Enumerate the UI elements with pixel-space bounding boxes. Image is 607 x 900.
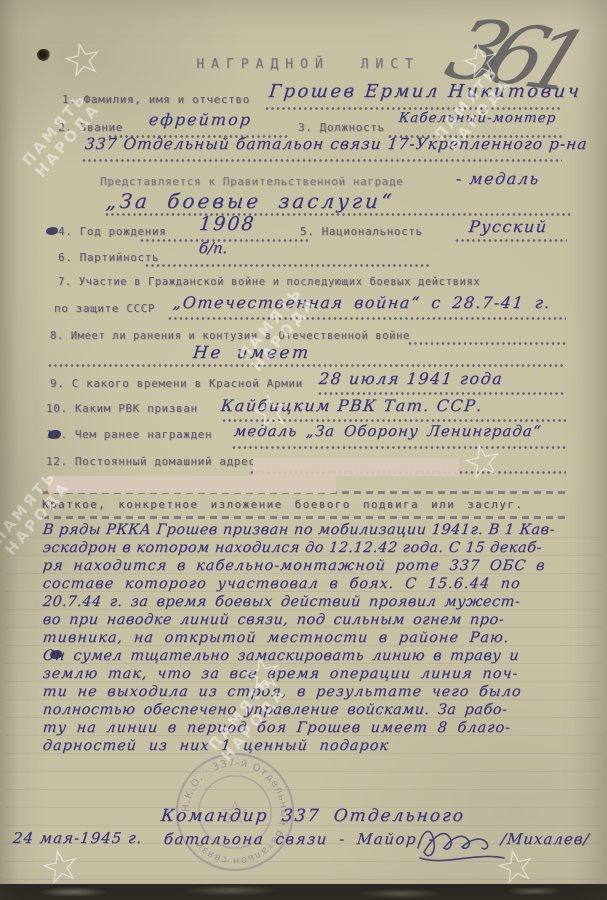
field-6-label: 6. Партийность	[58, 251, 159, 264]
description-header: Краткое, конкретное изложение боевого по…	[42, 498, 523, 511]
punch-hole	[37, 49, 50, 61]
description-line: составе которого участвовал в боях. С 15…	[42, 576, 522, 592]
unit-value: 337 Отдельный батальон связи 17-Укреплен…	[84, 135, 589, 153]
presented-label: Представляется к Правительственной награ…	[100, 175, 403, 188]
field-9-value: 28 июля 1941 года	[318, 369, 504, 388]
redaction-box	[253, 458, 459, 476]
presented-value: - медаль	[455, 169, 541, 188]
field-3-value: Кабельный-монтер	[398, 110, 557, 126]
dotted-line	[82, 158, 562, 163]
field-2-label: 2. Звание	[58, 121, 123, 134]
field-7-label-line1: 7. Участие в Гражданской войне и последу…	[58, 276, 480, 288]
ink-blot	[46, 227, 58, 235]
field-9-label: 9. С какого времени в Красной Армии	[50, 377, 303, 390]
dotted-line	[168, 316, 566, 321]
description-line: землю так, что за все время операции лин…	[42, 666, 519, 682]
description-line: во при наводке линий связи, под сильным …	[42, 612, 505, 628]
redaction-box	[48, 476, 336, 493]
field-5-label: 5. Национальность	[300, 225, 423, 238]
signature-date: 24 мая-1945 г.	[12, 829, 143, 847]
description-line: 20.7.44 г. за время боевых действий проя…	[42, 594, 521, 610]
description-line: ти не выходила из строя, в результате че…	[42, 684, 522, 700]
field-10-value: Кайбицким РВК Тат. ССР.	[220, 396, 484, 415]
field-3-label: 3. Должность	[298, 121, 385, 134]
description-line: дарностей из них 1 ценный подарок	[42, 738, 390, 754]
watermark-star-icon: ☆	[458, 434, 508, 488]
award-sheet-document: Н.К.О. · 337-й Отдельный батальон связи …	[0, 0, 607, 900]
field-5-value: Русский	[468, 217, 549, 236]
field-2-value: ефрейтор	[148, 110, 253, 129]
dotted-line	[408, 341, 566, 346]
field-1-label: 1. Фамилия, имя и отчество	[62, 93, 250, 106]
field-6-value: б/п.	[198, 239, 229, 257]
field-11-label: 11. Чем ранее награжден	[46, 428, 212, 441]
dotted-line	[145, 263, 432, 268]
description-line: тивника, на открытой местности в районе …	[42, 630, 510, 646]
field-12-label: 12. Постоянный домашний адрес	[46, 455, 255, 468]
field-8-label: 8. Имеет ли ранения и контузии в Отечест…	[50, 330, 410, 342]
field-4-label: 4. Год рождения	[58, 225, 166, 238]
description-line: В ряды РККА Грошев призван по мобилизаци…	[42, 522, 556, 538]
field-4-value: 1908	[198, 213, 257, 235]
signature-name: /Михалев/	[500, 830, 591, 848]
field-7-value: „Отечественная война“ с 28.7-41 г.	[172, 293, 552, 312]
description-line: полностью обеспечено управление войсками…	[42, 702, 508, 718]
watermark-star-icon: ☆	[58, 32, 108, 86]
commander-line2: батальона связи - Майор -	[163, 830, 436, 848]
description-line: эскадрон в котором находился до 12.12.42…	[42, 540, 543, 556]
description-line: Он сумел тщательно замаскировать линию в…	[42, 648, 520, 664]
dotted-line	[48, 363, 566, 368]
award-value: „За боевые заслуги“	[105, 189, 395, 213]
signature-scribble	[414, 818, 509, 866]
field-11-value: медаль „За Оборону Ленинграда“	[233, 422, 543, 440]
document-title: НАГРАДНОЙ ЛИСТ	[148, 57, 468, 72]
dotted-line	[232, 445, 566, 450]
field-7-label-line2: по защите СССР	[54, 302, 155, 315]
description-line: ту на линии в период боя Грошев имеет 8 …	[42, 720, 512, 736]
field-8-value: Не имеет	[192, 343, 312, 363]
dashed-separator	[42, 516, 568, 519]
field-10-label: 10. Каким РВК призван	[46, 402, 198, 415]
dotted-line	[455, 238, 567, 243]
scan-bottom-edge	[0, 884, 607, 900]
description-line: ря находится в кабельно-монтажной роте 3…	[42, 558, 546, 574]
